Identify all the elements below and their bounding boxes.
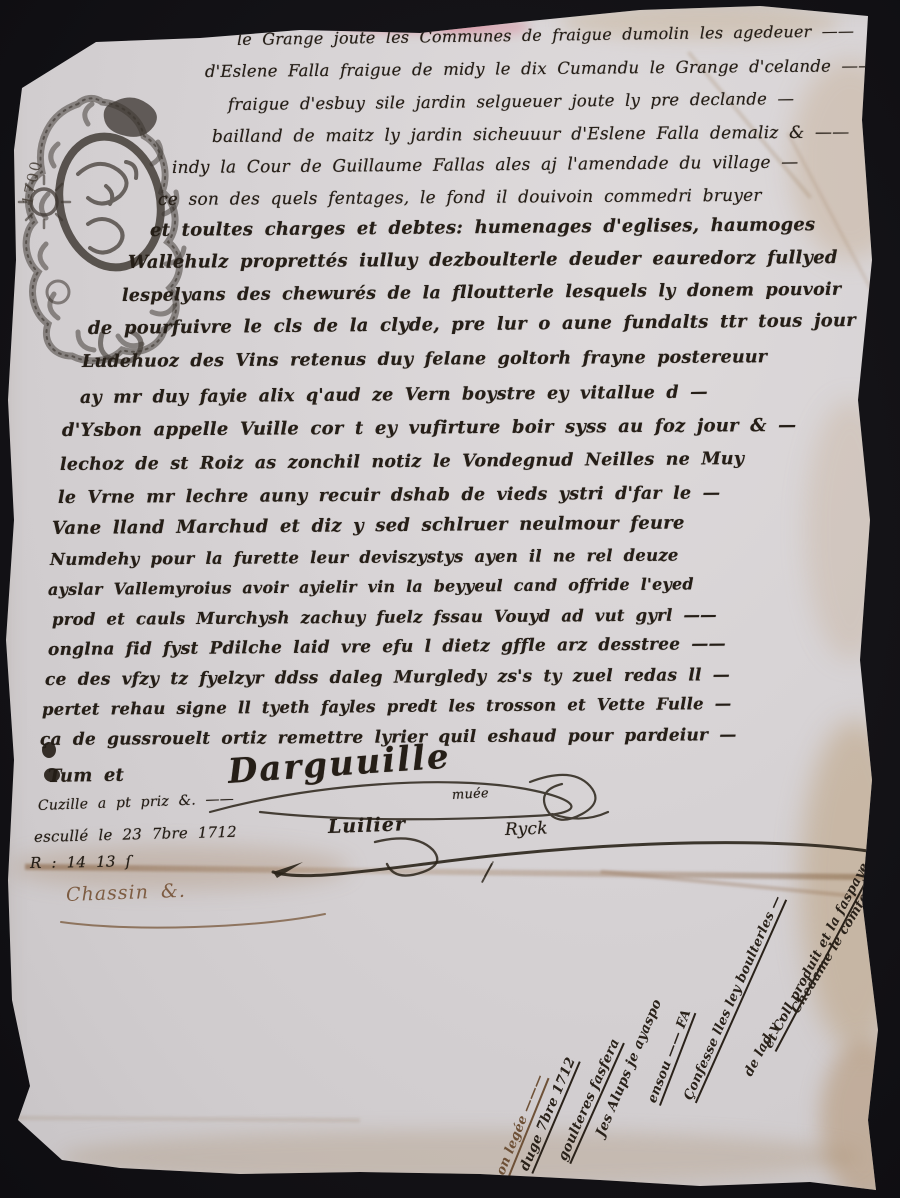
ink-blot (44, 768, 60, 782)
rotated-note: de lad y . (741, 1012, 786, 1079)
manuscript-line: et toultes charges et debtes: humenages … (150, 214, 816, 241)
signature-flourish (200, 768, 640, 838)
manuscript-line: fraigue d'esbuy sile jardin selgueuer jo… (228, 89, 794, 114)
manuscript-line: le Grange joute les Communes de fraigue … (237, 21, 854, 49)
manuscript-line: Wallehulz proprettés iulluy dezboulterle… (128, 247, 838, 273)
manuscript-line: pertet rehau signe ll tyeth fayles predt… (42, 694, 732, 719)
rotated-note: Çonfesse lles ley boulterles — (681, 893, 785, 1102)
margin-fee-note: R : 14 13 ſ (30, 852, 132, 872)
flourish-word: muée (452, 786, 490, 803)
manuscript-line: Ludehuoz des Vins retenus duy felane gol… (82, 347, 767, 372)
tan-stain (805, 400, 895, 660)
margin-date-note: escullé le 23 7bre 1712 (34, 823, 237, 846)
manuscript-paper: 1700 le Grange joute les Communes de fra… (0, 0, 900, 1198)
manuscript-line: le Vrne mr lechre auny recuir dshab de v… (58, 483, 720, 508)
ink-blot (42, 742, 56, 758)
manuscript-line: onglna fid fyst Pdilche laid vre efu l d… (48, 634, 726, 660)
tan-stain (820, 1040, 900, 1198)
fold-crease (0, 1116, 360, 1123)
faded-signature-flourish (55, 902, 335, 932)
manuscript-line: Numdehy pour la furette leur deviszystys… (50, 546, 679, 569)
paraph-swoosh (255, 832, 900, 892)
manuscript-line: ayslar Vallemyroius avoir ayielir vin la… (48, 574, 694, 599)
manuscript-line: d'Ysbon appelle Vuille cor t ey vufirtur… (62, 415, 797, 441)
manuscript-line: bailland de maitz ly jardin sicheuuur d'… (212, 123, 850, 147)
pink-stain (322, 4, 492, 32)
manuscript-line: ay mr duy fayie alix q'aud ze Vern boyst… (80, 383, 708, 408)
manuscript-line: d'Eslene Falla fraigue de midy le dix Cu… (205, 56, 875, 81)
manuscript-line: lechoz de st Roiz as zonchil notiz le Vo… (60, 449, 744, 475)
tan-stain (60, 1130, 860, 1185)
manuscript-line: Vane lland Marchud et diz y sed schlruer… (52, 512, 685, 539)
manuscript-line: ce son des quels fentages, le fond il do… (158, 186, 762, 210)
manuscript-line: lespelyans des chewurés de la flloutterl… (122, 280, 841, 306)
manuscript-line: prod et cauls Murchysh zachuy fuelz fssa… (52, 605, 717, 629)
manuscript-line: indy la Cour de Guillaume Fallas ales aj… (172, 153, 799, 178)
manuscript-line: ce des vfzy tz fyelzyr ddss daleg Murgle… (45, 665, 730, 690)
